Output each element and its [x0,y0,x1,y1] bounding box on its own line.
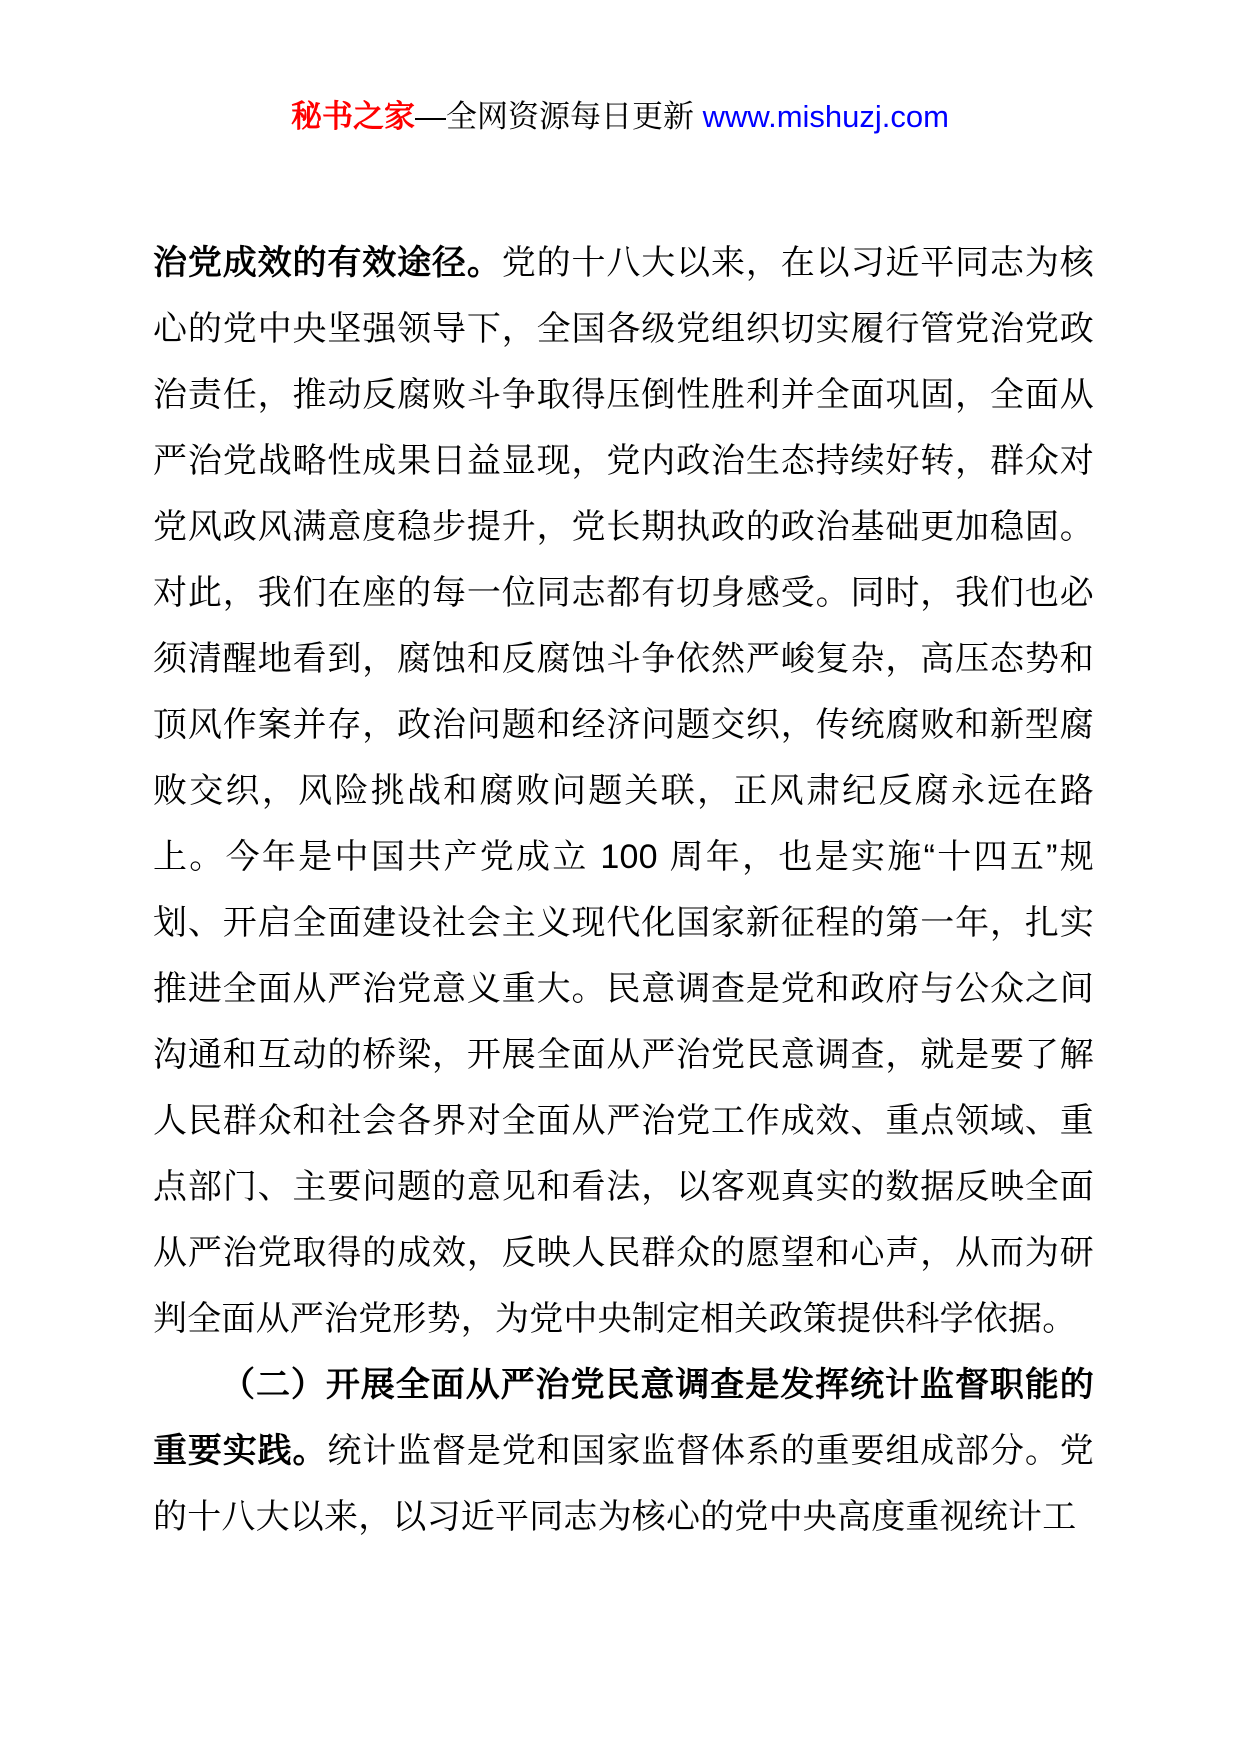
header-tagline: —全网资源每日更新 [415,99,703,134]
brand-text: 秘书之家 [291,99,415,134]
paragraph-1-lead-bold: 治党成效的有效途径。 [153,244,502,282]
document-page: 秘书之家—全网资源每日更新 www.mishuzj.com 治党成效的有效途径。… [0,0,1240,1754]
header-url: www.mishuzj.com [703,99,949,134]
page-header: 秘书之家—全网资源每日更新 www.mishuzj.com [0,96,1240,138]
paragraph-1-text: 党的十八大以来，在以习近平同志为核心的党中央坚强领导下，全国各级党组织切实履行管… [153,244,1094,1338]
document-body: 治党成效的有效途径。党的十八大以来，在以习近平同志为核心的党中央坚强领导下，全国… [153,230,1094,1550]
paragraph-section-2: （二）开展全面从严治党民意调查是发挥统计监督职能的重要实践。统计监督是党和国家监… [153,1352,1094,1550]
paragraph-continuation: 治党成效的有效途径。党的十八大以来，在以习近平同志为核心的党中央坚强领导下，全国… [153,230,1094,1352]
